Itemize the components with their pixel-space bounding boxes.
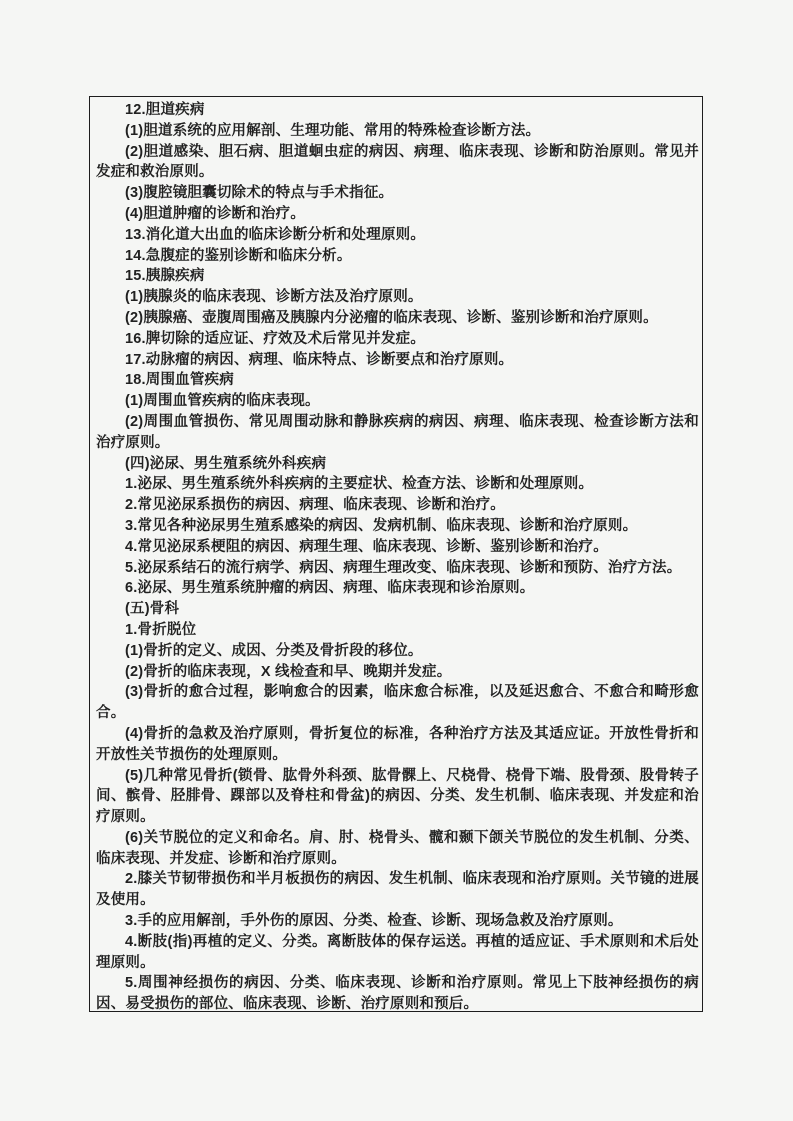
- paragraph: (五)骨科: [96, 599, 699, 620]
- paragraph: (6)关节脱位的定义和命名。肩、肘、桡骨头、髋和颞下颌关节脱位的发生机制、分类、…: [96, 828, 699, 870]
- paragraph: (2)周围血管损伤、常见周围动脉和静脉疾病的病因、病理、临床表现、检查诊断方法和…: [96, 412, 699, 454]
- paragraph: (1)胆道系统的应用解剖、生理功能、常用的特殊检查诊断方法。: [96, 121, 699, 142]
- paragraph: 1.泌尿、男生殖系统外科疾病的主要症状、检查方法、诊断和处理原则。: [96, 474, 699, 495]
- paragraph: 5.泌尿系结石的流行病学、病因、病理生理改变、临床表现、诊断和预防、治疗方法。: [96, 558, 699, 579]
- paragraph: (5)几种常见骨折(锁骨、肱骨外科颈、肱骨髁上、尺桡骨、桡骨下端、股骨颈、股骨转…: [96, 766, 699, 828]
- syllabus-text-box: 12.胆道疾病 (1)胆道系统的应用解剖、生理功能、常用的特殊检查诊断方法。 (…: [89, 96, 703, 1012]
- paragraph: 4.断肢(指)再植的定义、分类。离断肢体的保存运送。再植的适应证、手术原则和术后…: [96, 932, 699, 974]
- paragraph: (4)骨折的急救及治疗原则，骨折复位的标准，各种治疗方法及其适应证。开放性骨折和…: [96, 724, 699, 766]
- paragraph: (四)泌尿、男生殖系统外科疾病: [96, 454, 699, 475]
- paragraph: (2)骨折的临床表现，X 线检查和早、晚期并发症。: [96, 662, 699, 683]
- paragraph: (1)骨折的定义、成因、分类及骨折段的移位。: [96, 641, 699, 662]
- paragraph: 5.周围神经损伤的病因、分类、临床表现、诊断和治疗原则。常见上下肢神经损伤的病因…: [96, 973, 699, 1012]
- paragraph: 18.周围血管疾病: [96, 370, 699, 391]
- paragraph: 15.胰腺疾病: [96, 266, 699, 287]
- paragraph: 6.泌尿、男生殖系统肿瘤的病因、病理、临床表现和诊治原则。: [96, 578, 699, 599]
- paragraph: 13.消化道大出血的临床诊断分析和处理原则。: [96, 225, 699, 246]
- paragraph: 2.常见泌尿系损伤的病因、病理、临床表现、诊断和治疗。: [96, 495, 699, 516]
- paragraph: (3)腹腔镜胆囊切除术的特点与手术指征。: [96, 183, 699, 204]
- paragraph: 14.急腹症的鉴别诊断和临床分析。: [96, 246, 699, 267]
- paragraph: (2)胰腺癌、壶腹周围癌及胰腺内分泌瘤的临床表现、诊断、鉴别诊断和治疗原则。: [96, 308, 699, 329]
- paragraph: 3.手的应用解剖，手外伤的原因、分类、检查、诊断、现场急救及治疗原则。: [96, 911, 699, 932]
- document-page: 12.胆道疾病 (1)胆道系统的应用解剖、生理功能、常用的特殊检查诊断方法。 (…: [0, 0, 793, 1121]
- paragraph: 2.膝关节韧带损伤和半月板损伤的病因、发生机制、临床表现和治疗原则。关节镜的进展…: [96, 869, 699, 911]
- paragraph: (2)胆道感染、胆石病、胆道蛔虫症的病因、病理、临床表现、诊断和防治原则。常见并…: [96, 142, 699, 184]
- paragraph: (3)骨折的愈合过程，影响愈合的因素，临床愈合标准，以及延迟愈合、不愈合和畸形愈…: [96, 682, 699, 724]
- paragraph: 1.骨折脱位: [96, 620, 699, 641]
- paragraph: 17.动脉瘤的病因、病理、临床特点、诊断要点和治疗原则。: [96, 350, 699, 371]
- paragraph: 3.常见各种泌尿男生殖系感染的病因、发病机制、临床表现、诊断和治疗原则。: [96, 516, 699, 537]
- paragraph: 12.胆道疾病: [96, 100, 699, 121]
- paragraph: 16.脾切除的适应证、疗效及术后常见并发症。: [96, 329, 699, 350]
- paragraph: 4.常见泌尿系梗阻的病因、病理生理、临床表现、诊断、鉴别诊断和治疗。: [96, 537, 699, 558]
- paragraph: (1)周围血管疾病的临床表现。: [96, 391, 699, 412]
- paragraph: (1)胰腺炎的临床表现、诊断方法及治疗原则。: [96, 287, 699, 308]
- paragraph: (4)胆道肿瘤的诊断和治疗。: [96, 204, 699, 225]
